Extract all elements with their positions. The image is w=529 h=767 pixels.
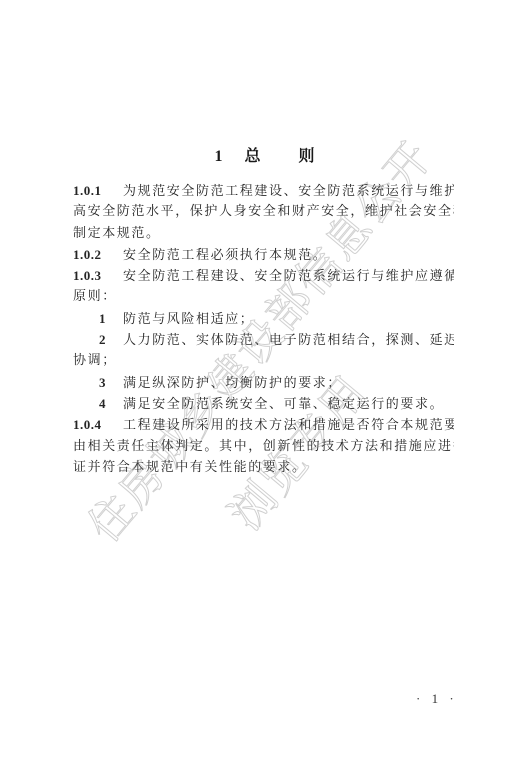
item-text: 人力防范、实体防范、电子防范相结合，探测、延迟、反应相	[123, 333, 454, 348]
chapter-title-char-2: 则	[299, 146, 315, 165]
item-number: 2	[99, 329, 123, 350]
clause-text: 安全防范工程建设、安全防范系统运行与维护应遵循下列	[123, 269, 454, 284]
clause-text: 高安全防范水平，保护人身安全和财产安全，维护社会安全稳定，	[73, 204, 454, 219]
clause-number: 1.0.4	[73, 414, 123, 435]
clause-1-0-3-item-2: 2人力防范、实体防范、电子防范相结合，探测、延迟、反应相	[73, 329, 454, 350]
clause-1-0-1-line-2: 高安全防范水平，保护人身安全和财产安全，维护社会安全稳定，	[73, 201, 454, 222]
item-text: 满足纵深防护、均衡防护的要求；	[123, 376, 342, 391]
clause-text: 原则：	[73, 289, 117, 304]
clause-number: 1.0.3	[73, 265, 123, 286]
clause-number: 1.0.2	[73, 244, 123, 265]
clause-text: 由相关责任主体判定。其中，创新性的技术方法和措施应进行论	[73, 439, 454, 454]
clause-text: 证并符合本规范中有关性能的要求。	[73, 460, 307, 475]
clause-1-0-1-line-1: 1.0.1为规范安全防范工程建设、安全防范系统运行与维护，提	[73, 180, 454, 201]
item-text: 满足安全防范系统安全、可靠、稳定运行的要求。	[123, 397, 444, 412]
chapter-title-char-1: 总	[244, 146, 260, 165]
item-number: 4	[99, 393, 123, 414]
clause-1-0-3-line-2: 原则：	[73, 286, 454, 307]
clause-1-0-3-item-2-cont: 协调；	[73, 350, 454, 371]
item-text: 防范与风险相适应；	[123, 312, 254, 327]
item-text: 协调；	[73, 353, 117, 368]
clause-text: 安全防范工程必须执行本规范。	[123, 248, 327, 263]
clause-1-0-4-line-3: 证并符合本规范中有关性能的要求。	[73, 457, 454, 478]
chapter-number: 1	[214, 148, 222, 165]
clause-1-0-4-line-1: 1.0.4工程建设所采用的技术方法和措施是否符合本规范要求，	[73, 414, 454, 435]
clause-1-0-3-item-1: 1防范与风险相适应；	[73, 308, 454, 329]
clause-text: 工程建设所采用的技术方法和措施是否符合本规范要求，	[123, 418, 454, 433]
item-number: 3	[99, 372, 123, 393]
clause-1-0-2-line-1: 1.0.2安全防范工程必须执行本规范。	[73, 244, 454, 265]
clause-text: 制定本规范。	[73, 226, 161, 241]
clause-1-0-4-line-2: 由相关责任主体判定。其中，创新性的技术方法和措施应进行论	[73, 436, 454, 457]
clause-1-0-3-item-4: 4满足安全防范系统安全、可靠、稳定运行的要求。	[73, 393, 454, 414]
clause-1-0-3-line-1: 1.0.3安全防范工程建设、安全防范系统运行与维护应遵循下列	[73, 265, 454, 286]
clause-1-0-3-item-3: 3满足纵深防护、均衡防护的要求；	[73, 372, 454, 393]
chapter-title: 1总则	[0, 143, 529, 166]
clause-text: 为规范安全防范工程建设、安全防范系统运行与维护，提	[123, 184, 454, 199]
document-page: 1总则 1.0.1为规范安全防范工程建设、安全防范系统运行与维护，提 高安全防范…	[0, 0, 529, 767]
clause-number: 1.0.1	[73, 180, 123, 201]
page-number: · 1 ·	[416, 691, 458, 707]
item-number: 1	[99, 308, 123, 329]
clause-1-0-1-line-3: 制定本规范。	[73, 223, 454, 244]
document-body: 1.0.1为规范安全防范工程建设、安全防范系统运行与维护，提 高安全防范水平，保…	[73, 180, 454, 478]
